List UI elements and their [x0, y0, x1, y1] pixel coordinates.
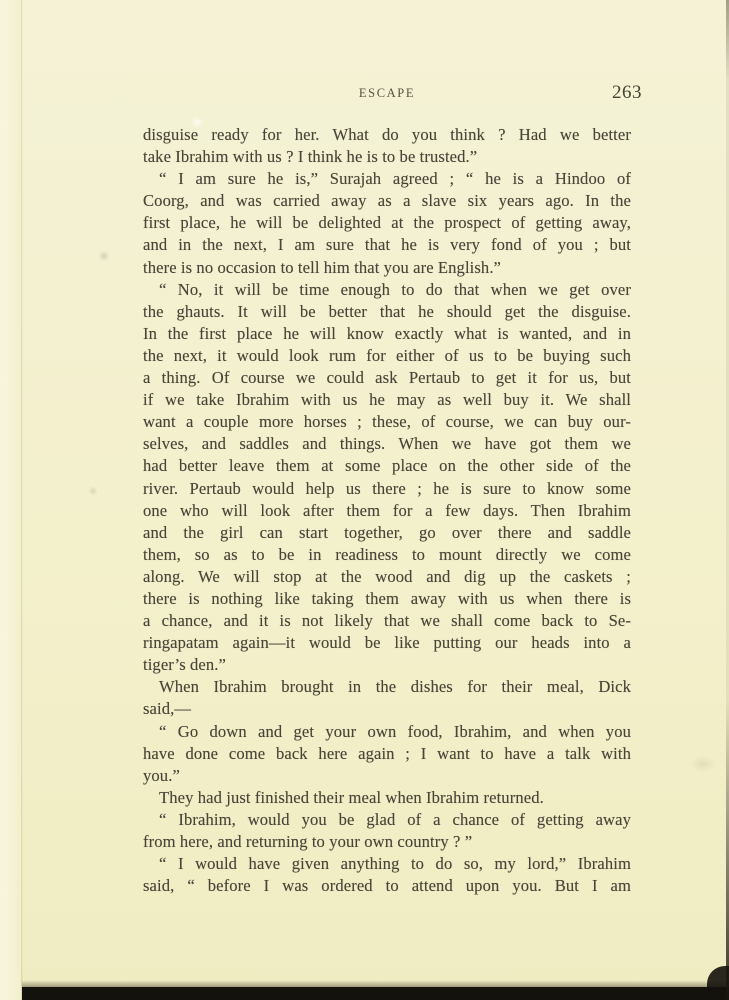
paper-blemish — [88, 486, 98, 496]
page-gutter-edge — [0, 0, 21, 1000]
text-line: first place, he will be delighted at the… — [143, 212, 631, 234]
paragraph: “ No, it will be time enough to do that … — [143, 279, 631, 677]
book-page: ESCAPE 263 disguise ready for her. What … — [0, 0, 729, 1000]
text-line: “ Go down and get your own food, Ibrahim… — [143, 721, 631, 743]
text-line: tiger’s den.” — [143, 654, 631, 676]
text-line: from here, and returning to your own cou… — [143, 831, 631, 853]
text-line: “ I am sure he is,” Surajah agreed ; “ h… — [143, 168, 631, 190]
text-line: “ Ibrahim, would you be glad of a chance… — [143, 809, 631, 831]
paragraph: “ Go down and get your own food, Ibrahim… — [143, 721, 631, 787]
paragraph: disguise ready for her. What do you thin… — [143, 124, 631, 168]
text-line: there is nothing like taking them away w… — [143, 588, 631, 610]
text-block: disguise ready for her. What do you thin… — [143, 124, 631, 897]
text-line: the next, it would look rum for either o… — [143, 345, 631, 367]
text-line: had better leave them at some place on t… — [143, 455, 631, 477]
text-line: Coorg, and was carried away as a slave s… — [143, 190, 631, 212]
text-line: When Ibrahim brought in the dishes for t… — [143, 676, 631, 698]
text-line: said, “ before I was ordered to attend u… — [143, 875, 631, 897]
text-line: ringapatam again—it would be like puttin… — [143, 632, 631, 654]
paragraph: “ Ibrahim, would you be glad of a chance… — [143, 809, 631, 853]
book-edge-dark-band — [22, 987, 729, 1000]
text-line: and in the next, I am sure that he is ve… — [143, 234, 631, 256]
text-line: said,— — [143, 698, 631, 720]
text-line: one who will look after them for a few d… — [143, 500, 631, 522]
text-line: In the first place he will know exactly … — [143, 323, 631, 345]
text-line: along. We will stop at the wood and dig … — [143, 566, 631, 588]
paper-blemish — [690, 756, 716, 772]
page-number: 263 — [612, 82, 642, 104]
paragraph: “ I would have given anything to do so, … — [143, 853, 631, 897]
text-line: want a couple more horses ; these, of co… — [143, 411, 631, 433]
text-line: the ghauts. It will be better that he sh… — [143, 301, 631, 323]
text-line: river. Pertaub would help us there ; he … — [143, 478, 631, 500]
text-line: a chance, and it is not likely that we s… — [143, 610, 631, 632]
text-line: a thing. Of course we could ask Pertaub … — [143, 367, 631, 389]
text-line: them, so as to be in readiness to mount … — [143, 544, 631, 566]
text-line: They had just finished their meal when I… — [143, 787, 631, 809]
text-line: you.” — [143, 765, 631, 787]
paragraph: “ I am sure he is,” Surajah agreed ; “ h… — [143, 168, 631, 278]
page-bottom-shadow — [22, 980, 729, 987]
text-line: disguise ready for her. What do you thin… — [143, 124, 631, 146]
text-line: if we take Ibrahim with us he may as wel… — [143, 389, 631, 411]
running-header-title: ESCAPE — [143, 86, 631, 101]
paragraph: They had just finished their meal when I… — [143, 787, 631, 809]
text-line: and the girl can start together, go over… — [143, 522, 631, 544]
paper-blemish — [98, 250, 110, 262]
text-line: take Ibrahim with us ? I think he is to … — [143, 146, 631, 168]
paragraph: When Ibrahim brought in the dishes for t… — [143, 676, 631, 720]
text-line: selves, and saddles and things. When we … — [143, 433, 631, 455]
gutter-line — [21, 0, 23, 1000]
text-line: have done come back here again ; I want … — [143, 743, 631, 765]
text-line: there is no occasion to tell him that yo… — [143, 257, 631, 279]
text-line: “ I would have given anything to do so, … — [143, 853, 631, 875]
text-line: “ No, it will be time enough to do that … — [143, 279, 631, 301]
